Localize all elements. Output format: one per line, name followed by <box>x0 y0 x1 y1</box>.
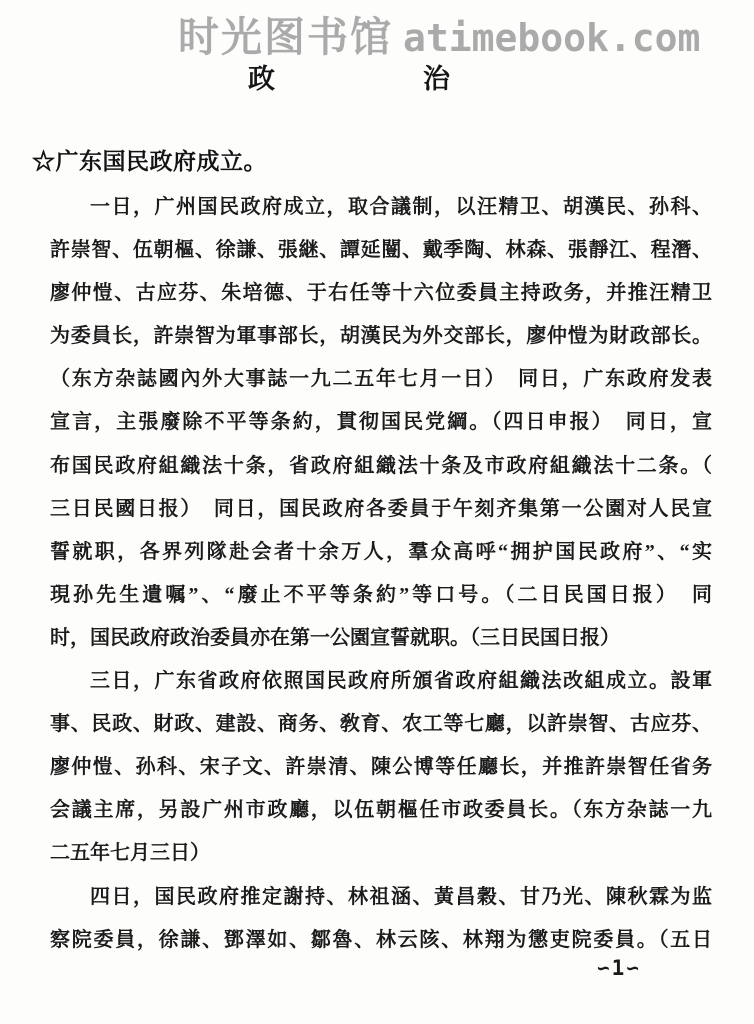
text-line: 会議主席，另設广州市政廳，以伍朝樞任市政委員长。（东方杂誌一九 <box>50 789 712 832</box>
text-line: 为委員长，許崇智为軍事部长，胡漢民为外交部长，廖仲愷为財政部长。 <box>50 315 712 358</box>
section-heading: ☆广东国民政府成立。 <box>32 143 267 176</box>
watermark-site-name: 时光图书馆 <box>178 14 393 60</box>
text-line: 二五年七月三日） <box>50 832 712 875</box>
text-line: （东方杂誌國內外大事誌一九二五年七月一日） 同日，广东政府发表 <box>50 358 712 401</box>
text-line: 現孙先生遺嘱”、“廢止不平等条約”等口号。（二日民国日报） 同 <box>50 574 712 617</box>
text-line: 一日，广州国民政府成立，取合議制，以汪精卫、胡漢民、孙科、 <box>50 186 712 229</box>
text-line: 时，国民政府政治委員亦在第一公園宣誓就职。（三日民国日报） <box>50 617 712 660</box>
scanned-book-page: 时光图书馆atimebook.com 政 治 ☆广东国民政府成立。 一日，广州国… <box>0 0 754 1024</box>
chapter-title: 政 治 <box>0 57 726 96</box>
text-body: 一日，广州国民政府成立，取合議制，以汪精卫、胡漢民、孙科、許崇智、伍朝樞、徐謙、… <box>50 186 712 962</box>
watermark-site-url: atimebook.com <box>403 16 700 60</box>
watermark: 时光图书馆atimebook.com <box>178 4 700 63</box>
text-line: 三日，广东省政府依照国民政府所頒省政府組織法改組成立。設軍 <box>50 660 712 703</box>
chapter-title-char-1: 政 <box>248 57 275 96</box>
text-line: 廖仲愷、孙科、宋子文、許崇清、陳公博等任廳长，并推許崇智任省务 <box>50 746 712 789</box>
text-line: 廖仲愷、古应芬、朱培德、于右任等十六位委員主持政务，并推汪精卫 <box>50 272 712 315</box>
chapter-title-char-2: 治 <box>423 57 450 96</box>
text-line: 許崇智、伍朝樞、徐謙、張継、譚延闓、戴季陶、林森、張靜江、程潛、 <box>50 229 712 272</box>
text-line: 四日，国民政府推定謝持、林祖涵、黃昌穀、甘乃光、陳秋霖为监 <box>50 876 712 919</box>
page-number: ∽1∽ <box>597 956 641 980</box>
text-line: 布国民政府組織法十条，省政府組織法十条及市政府組織法十二条。（ <box>50 445 712 488</box>
text-line: 事、民政、財政、建設、商务、敎育、农工等七廳，以許崇智、古应芬、 <box>50 703 712 746</box>
text-line: 三日民國日报） 同日，国民政府各委員于午刻齐集第一公園对人民宣 <box>50 488 712 531</box>
text-line: 宣言，主張廢除不平等条約，貫彻国民党綱。（四日申报） 同日，宣 <box>50 401 712 444</box>
text-line: 誓就职，各界列隊赴会者十余万人，羣众高呼“拥护国民政府”、“实 <box>50 531 712 574</box>
